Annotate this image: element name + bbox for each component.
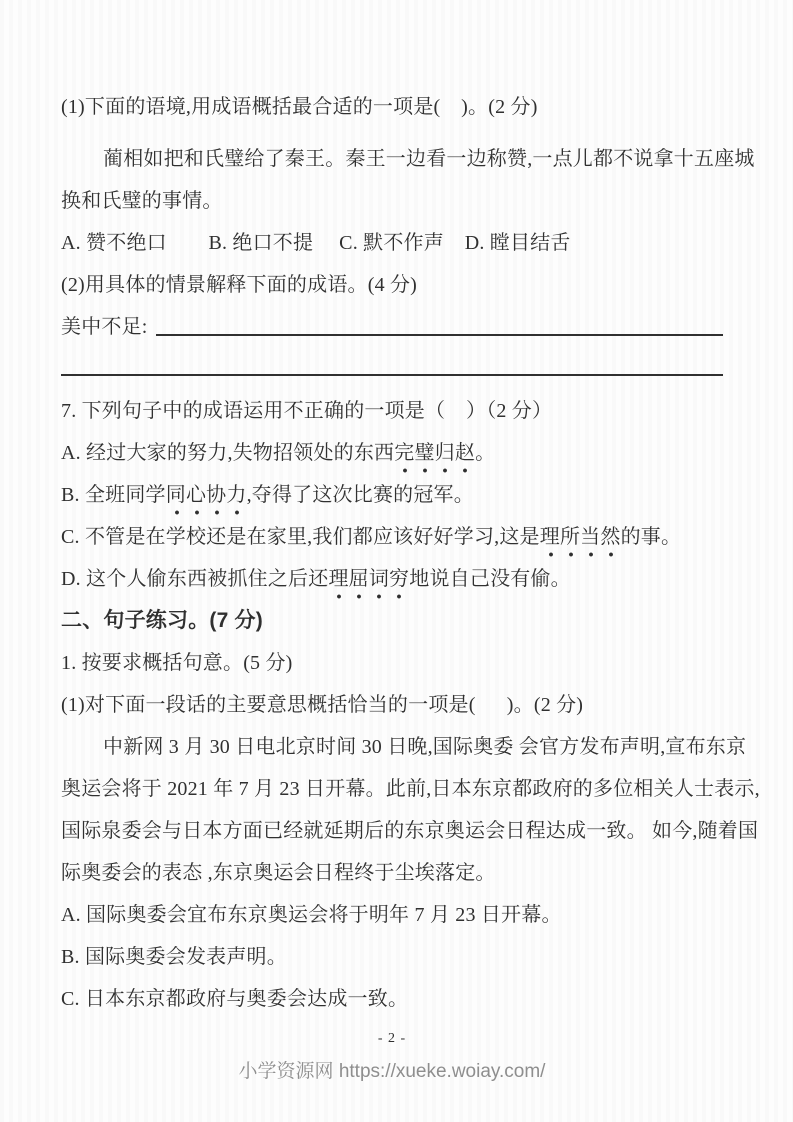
s2-q1-passage-line4: 际奥委会的表态 ,东京奥运会日程终于尘埃落定。 xyxy=(61,852,723,894)
line-text: 际奥委会的表态 ,东京奥运会日程终于尘埃落定。 xyxy=(61,862,496,884)
emphasized-idiom: 完璧归赵 xyxy=(394,432,475,474)
s2-q1-passage-line1: 中新网 3 月 30 日电北京时间 30 日晚,国际奥委 会官方发布声明,宣布东… xyxy=(61,726,723,768)
line-text: C. 日本东京都政府与奥委会达成一致。 xyxy=(61,988,408,1010)
page-number: - 2 - xyxy=(61,1031,723,1047)
site-watermark: 小学资源网 https://xueke.woiay.com/ xyxy=(61,1056,723,1083)
s2-q1-option-a: A. 国际奥委会宜布东京奥运会将于明年 7 月 23 日开幕。 xyxy=(61,894,723,936)
line-text: A. 赞不绝口 B. 绝口不提 C. 默不作声 D. 瞠目结舌 xyxy=(61,232,571,254)
q6-sub1-passage-line1: 蔺相如把和氏璧给了秦王。秦王一边看一边称赞,一点儿都不说拿十五座城 xyxy=(61,138,723,180)
document-lines: (1)下面的语境,用成语概括最合适的一项是( )。(2 分)蔺相如把和氏璧给了秦… xyxy=(61,86,723,1020)
answer-line-full xyxy=(61,348,723,390)
line-text: (1)下面的语境,用成语概括最合适的一项是( )。(2 分) xyxy=(61,96,538,118)
q7-stem: 7. 下列句子中的成语运用不正确的一项是（ ）（2 分） xyxy=(61,390,723,432)
emphasized-idiom: 理所当然 xyxy=(540,516,621,558)
line-text: (1)对下面一段话的主要意思概括恰当的一项是( )。(2 分) xyxy=(61,694,583,716)
q6-sub1-options: A. 赞不绝口 B. 绝口不提 C. 默不作声 D. 瞠目结舌 xyxy=(61,222,723,264)
page-footer: - 2 - 小学资源网 https://xueke.woiay.com/ xyxy=(61,1031,723,1083)
s2-q1-passage-line2: 奥运会将于 2021 年 7 月 23 日开幕。此前,日本东京都政府的多位相关人… xyxy=(61,768,723,810)
line-text: 中新网 3 月 30 日电北京时间 30 日晚,国际奥委 会官方发布声明,宣布东… xyxy=(103,736,746,758)
line-text: B. 国际奥委会发表声明。 xyxy=(61,946,287,968)
line-text-segment: B. 全班同学 xyxy=(61,484,166,506)
line-text: 1. 按要求概括句意。(5 分) xyxy=(61,652,293,674)
line-text-segment: A. 经过大家的努力,失物招领处的东西 xyxy=(61,442,394,464)
line-text: 蔺相如把和氏璧给了秦王。秦王一边看一边称赞,一点儿都不说拿十五座城 xyxy=(103,148,755,170)
line-text-segment: ,夺得了这次比赛的冠军。 xyxy=(247,484,474,506)
line-text: (2)用具体的情景解释下面的成语。(4 分) xyxy=(61,274,417,296)
line-text: 奥运会将于 2021 年 7 月 23 日开幕。此前,日本东京都政府的多位相关人… xyxy=(61,778,760,800)
line-text: 二、句子练习。(7 分) xyxy=(61,609,263,632)
document-body: (1)下面的语境,用成语概括最合适的一项是( )。(2 分)蔺相如把和氏璧给了秦… xyxy=(0,0,793,1083)
line-text: B. 全班同学同心协力,夺得了这次比赛的冠军。 xyxy=(61,484,474,506)
q6-sub2-idiom-blank: 美中不足: xyxy=(61,306,723,348)
line-text-segment: C. 不管是在学校还是在家里,我们都应该好好学习,这是 xyxy=(61,526,540,548)
line-text: A. 经过大家的努力,失物招领处的东西完璧归赵。 xyxy=(61,442,495,464)
answer-blank-rule xyxy=(61,348,723,376)
s2-q1-sub1-stem: (1)对下面一段话的主要意思概括恰当的一项是( )。(2 分) xyxy=(61,684,723,726)
section2-heading: 二、句子练习。(7 分) xyxy=(61,600,723,642)
s2-q1-passage-line3: 国际泉委会与日本方面已经就延期后的东京奥运会日程达成一致。 如今,随着国 xyxy=(61,810,723,852)
exam-page: (1)下面的语境,用成语概括最合适的一项是( )。(2 分)蔺相如把和氏璧给了秦… xyxy=(0,0,793,1122)
q7-option-b: B. 全班同学同心协力,夺得了这次比赛的冠军。 xyxy=(61,474,723,516)
line-text-segment: 地说自己没有偷。 xyxy=(409,568,571,590)
line-text: 换和氏璧的事情。 xyxy=(61,190,223,212)
q6-sub1-passage-line2: 换和氏璧的事情。 xyxy=(61,180,723,222)
line-text: 国际泉委会与日本方面已经就延期后的东京奥运会日程达成一致。 如今,随着国 xyxy=(61,820,758,842)
q7-option-a: A. 经过大家的努力,失物招领处的东西完璧归赵。 xyxy=(61,432,723,474)
line-text: D. 这个人偷东西被抓住之后还理屈词穷地说自己没有偷。 xyxy=(61,568,571,590)
q6-sub2-stem: (2)用具体的情景解释下面的成语。(4 分) xyxy=(61,264,723,306)
emphasized-idiom: 同心协力 xyxy=(166,474,247,516)
line-text-segment: 。 xyxy=(475,442,495,464)
line-text: C. 不管是在学校还是在家里,我们都应该好好学习,这是理所当然的事。 xyxy=(61,526,681,548)
s2-q1-option-c: C. 日本东京都政府与奥委会达成一致。 xyxy=(61,978,723,1020)
q6-sub1-stem: (1)下面的语境,用成语概括最合适的一项是( )。(2 分) xyxy=(61,86,723,128)
line-text: 7. 下列句子中的成语运用不正确的一项是（ ）（2 分） xyxy=(61,400,552,422)
q7-option-c: C. 不管是在学校还是在家里,我们都应该好好学习,这是理所当然的事。 xyxy=(61,516,723,558)
line-text-segment: D. 这个人偷东西被抓住之后还 xyxy=(61,568,328,590)
answer-blank-underline xyxy=(156,306,723,336)
emphasized-idiom: 理屈词穷 xyxy=(328,558,409,600)
s2-q1-option-b: B. 国际奥委会发表声明。 xyxy=(61,936,723,978)
q7-option-d: D. 这个人偷东西被抓住之后还理屈词穷地说自己没有偷。 xyxy=(61,558,723,600)
line-text: 美中不足: xyxy=(61,306,148,348)
line-text-segment: 的事。 xyxy=(621,526,682,548)
s2-q1-stem: 1. 按要求概括句意。(5 分) xyxy=(61,642,723,684)
line-text: A. 国际奥委会宜布东京奥运会将于明年 7 月 23 日开幕。 xyxy=(61,904,562,926)
